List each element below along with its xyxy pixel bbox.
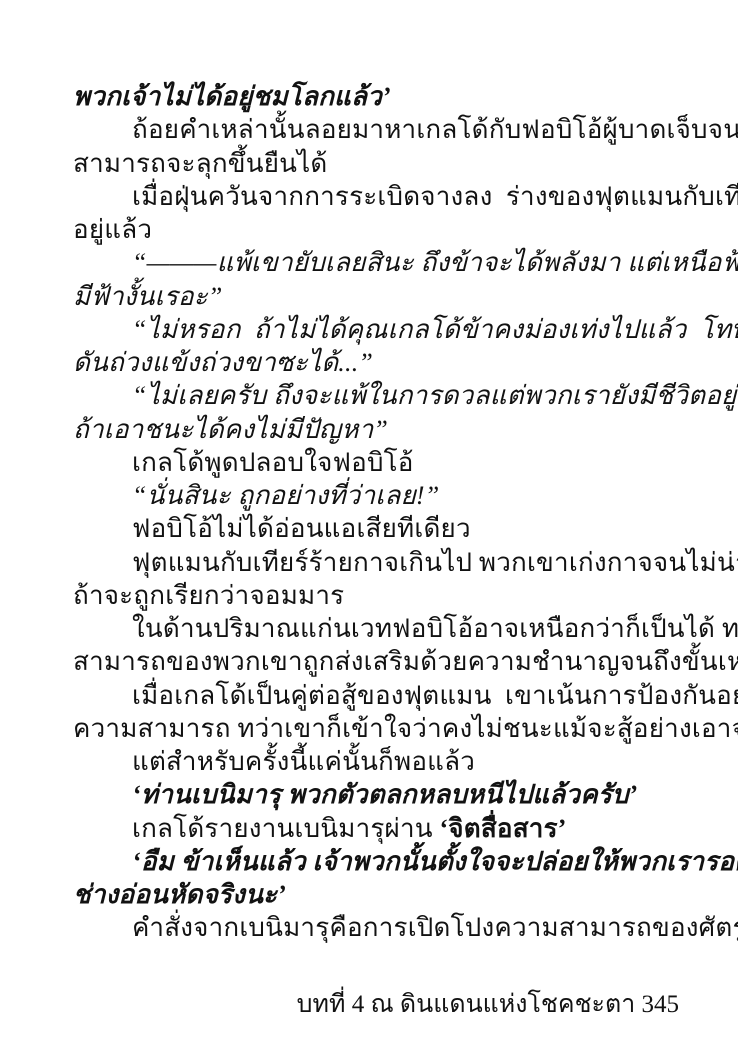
chapter-footer: บทที่ 4 ณ ดินแดนแห่งโชคชะตา 345 xyxy=(73,955,679,988)
text-run: สามารถของพวกเขาถูกส่งเสริมด้วยความชำนาญจ… xyxy=(73,647,738,676)
text-line: เกลโด้รายงานเบนิมารุผ่าน ‘จิตสื่อสาร’ xyxy=(73,812,679,845)
text-line: เมื่อฝุ่นควันจากการระเบิดจางลง ร่างของฟุ… xyxy=(73,180,679,213)
text-run: เกลโด้พูดปลอบใจฟอบิโอ้ xyxy=(132,448,414,477)
heading-line: พวกเจ้าไม่ได้อยู่ชมโลกแล้ว’ xyxy=(73,80,679,113)
text-line: ‘ท่านเบนิมารุ พวกตัวตลกหลบหนีไปแล้วครับ’ xyxy=(73,778,679,811)
text-run: ‘ท่านเบนิมารุ พวกตัวตลกหลบหนีไปแล้วครับ’ xyxy=(132,780,638,809)
text-run: เมื่อเกลโด้เป็นคู่ต่อสู้ของฟุตแมน เขาเน้… xyxy=(132,681,738,710)
text-line: ในด้านปริมาณแก่นเวทฟอบิโอ้อาจเหนือกว่าก็… xyxy=(73,612,679,645)
text-run: ฟุตแมนกับเทียร์ร้ายกาจเกินไป พวกเขาเก่งก… xyxy=(132,548,738,577)
text-line: “ไม่หรอก ถ้าไม่ได้คุณเกลโด้ข้าคงม่องเท่ง… xyxy=(73,313,679,346)
chapter-footer-text: บทที่ 4 ณ ดินแดนแห่งโชคชะตา 345 xyxy=(297,991,679,1018)
text-run: ฟอบิโอ้ไม่ได้อ่อนแอเสียทีเดียว xyxy=(132,514,471,543)
text-line: ฟุตแมนกับเทียร์ร้ายกาจเกินไป พวกเขาเก่งก… xyxy=(73,546,679,579)
text-line: ‘อืม ข้าเห็นแล้ว เจ้าพวกนั้นตั้งใจจะปล่อ… xyxy=(73,845,679,878)
text-line: เมื่อเกลโด้เป็นคู่ต่อสู้ของฟุตแมน เขาเน้… xyxy=(73,679,679,712)
text-run: ถ้อยคำเหล่านั้นลอยมาหาเกลโด้กับฟอบิโอ้ผู… xyxy=(132,115,738,144)
text-line: เกลโด้พูดปลอบใจฟอบิโอ้ xyxy=(73,446,679,479)
text-run: เกลโด้รายงานเบนิมารุผ่าน xyxy=(132,814,439,843)
text-line: “———แพ้เขายับเลยสินะ ถึงข้าจะได้พลังมา แ… xyxy=(73,246,679,279)
text-run: ถ้าจะถูกเรียกว่าจอมมาร xyxy=(73,581,344,610)
book-page: พวกเจ้าไม่ได้อยู่ชมโลกแล้ว’ถ้อยคำเหล่านั… xyxy=(0,0,738,1051)
text-run: มีฟ้างั้นเรอะ” xyxy=(73,282,223,311)
text-line: คำสั่งจากเบนิมารุคือการเปิดโปงความสามารถ… xyxy=(73,911,679,944)
text-run: เมื่อฝุ่นควันจากการระเบิดจางลง ร่างของฟุ… xyxy=(132,182,738,211)
text-line: สามารถของพวกเขาถูกส่งเสริมด้วยความชำนาญจ… xyxy=(73,645,679,678)
text-run: ‘จิตสื่อสาร’ xyxy=(439,814,566,843)
text-run: “———แพ้เขายับเลยสินะ ถึงข้าจะได้พลังมา แ… xyxy=(132,248,738,277)
text-line: ถ้าเอาชนะได้คงไม่มีปัญหา” xyxy=(73,413,679,446)
page-text: พวกเจ้าไม่ได้อยู่ชมโลกแล้ว’ถ้อยคำเหล่านั… xyxy=(73,80,679,988)
text-line: สามารถจะลุกขึ้นยืนได้ xyxy=(73,147,679,180)
text-run: คำสั่งจากเบนิมารุคือการเปิดโปงความสามารถ… xyxy=(132,913,738,942)
text-run: “ไม่เลยครับ ถึงจะแพ้ในการดวลแต่พวกเรายัง… xyxy=(132,381,738,410)
text-run: สามารถจะลุกขึ้นยืนได้ xyxy=(73,149,328,178)
text-run: “ไม่หรอก ถ้าไม่ได้คุณเกลโด้ข้าคงม่องเท่ง… xyxy=(132,315,738,344)
text-line: แต่สำหรับครั้งนี้แค่นั้นก็พอแล้ว xyxy=(73,745,679,778)
text-line: ช่างอ่อนหัดจริงนะ’ xyxy=(73,878,679,911)
text-line: ดันถ่วงแข้งถ่วงขาซะได้...” xyxy=(73,346,679,379)
text-line: “นั่นสินะ ถูกอย่างที่ว่าเลย!” xyxy=(73,479,679,512)
text-line: ฟอบิโอ้ไม่ได้อ่อนแอเสียทีเดียว xyxy=(73,512,679,545)
text-run: ช่างอ่อนหัดจริงนะ’ xyxy=(73,880,286,909)
body-lines: พวกเจ้าไม่ได้อยู่ชมโลกแล้ว’ถ้อยคำเหล่านั… xyxy=(73,80,679,945)
text-run: ดันถ่วงแข้งถ่วงขาซะได้...” xyxy=(73,348,373,377)
text-run: พวกเจ้าไม่ได้อยู่ชมโลกแล้ว’ xyxy=(73,82,391,111)
text-run: อยู่แล้ว xyxy=(73,215,152,244)
text-run: “นั่นสินะ ถูกอย่างที่ว่าเลย!” xyxy=(132,481,439,510)
text-line: อยู่แล้ว xyxy=(73,213,679,246)
text-line: “ไม่เลยครับ ถึงจะแพ้ในการดวลแต่พวกเรายัง… xyxy=(73,379,679,412)
text-run: ในด้านปริมาณแก่นเวทฟอบิโอ้อาจเหนือกว่าก็… xyxy=(132,614,738,643)
text-line: ถ้อยคำเหล่านั้นลอยมาหาเกลโด้กับฟอบิโอ้ผู… xyxy=(73,113,679,146)
text-line: ความสามารถ ทว่าเขาก็เข้าใจว่าคงไม่ชนะแม้… xyxy=(73,712,679,745)
text-line: ถ้าจะถูกเรียกว่าจอมมาร xyxy=(73,579,679,612)
text-line: มีฟ้างั้นเรอะ” xyxy=(73,280,679,313)
text-run: แต่สำหรับครั้งนี้แค่นั้นก็พอแล้ว xyxy=(132,747,475,776)
text-run: ถ้าเอาชนะได้คงไม่มีปัญหา” xyxy=(73,415,388,444)
text-run: ความสามารถ ทว่าเขาก็เข้าใจว่าคงไม่ชนะแม้… xyxy=(73,714,738,743)
text-run: ‘อืม ข้าเห็นแล้ว เจ้าพวกนั้นตั้งใจจะปล่อ… xyxy=(132,847,738,876)
